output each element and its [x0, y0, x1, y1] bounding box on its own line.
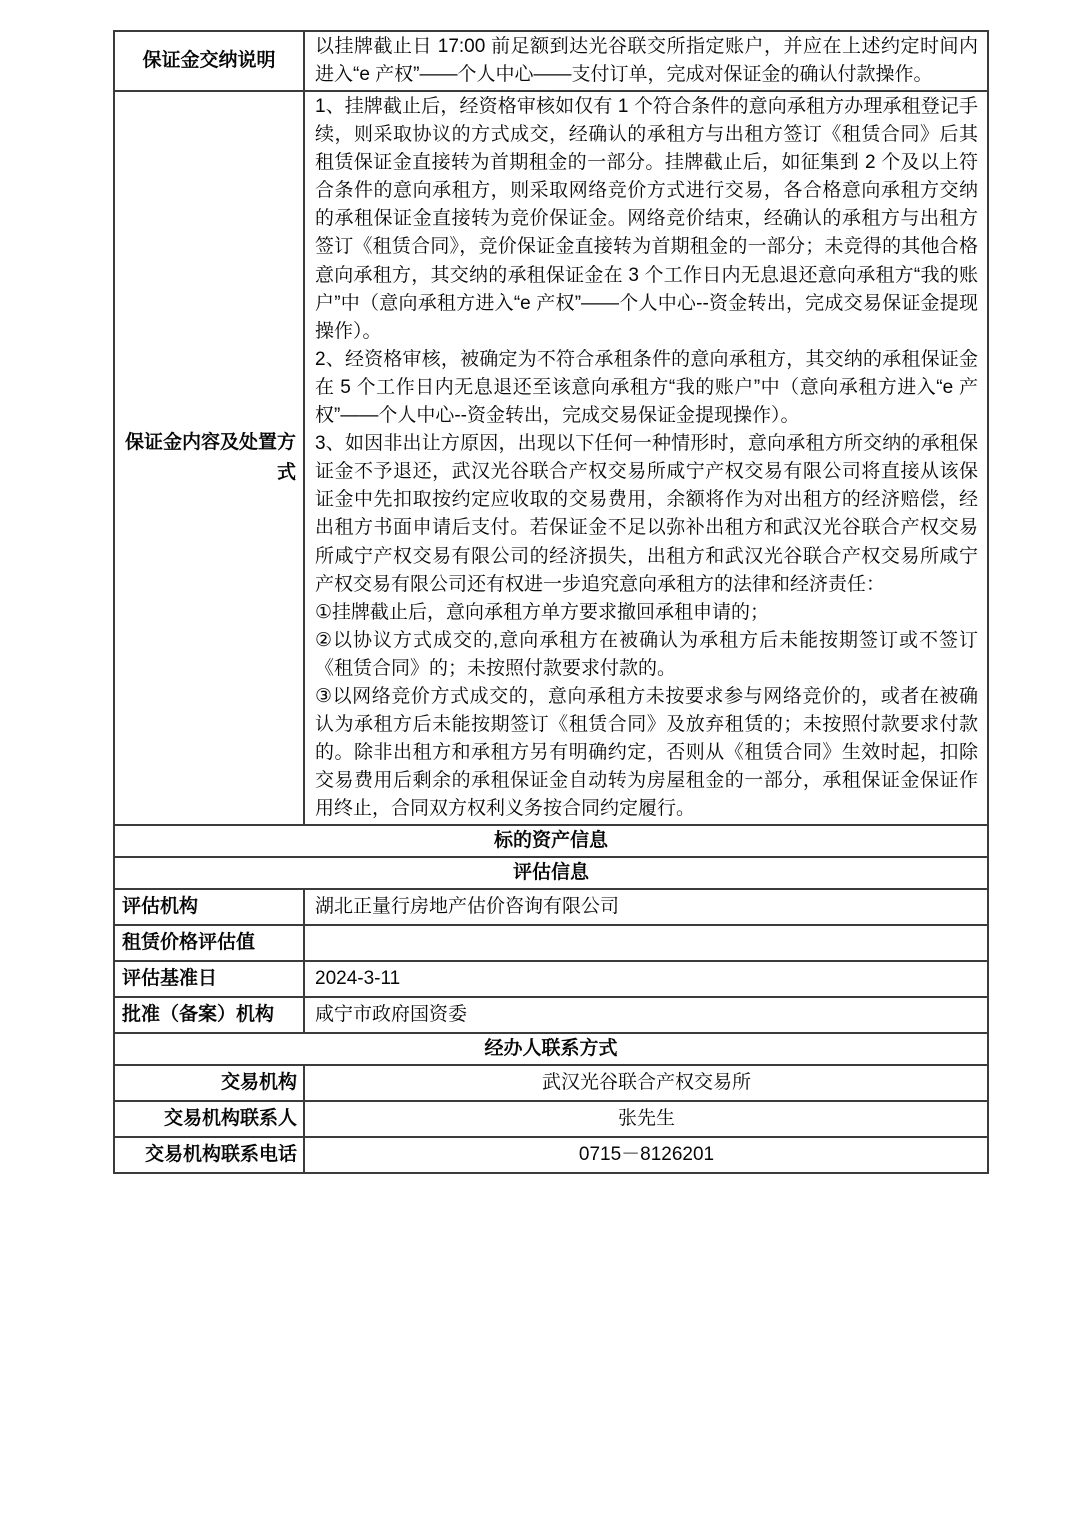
exchange-contact-phone-label: 交易机构联系电话 [114, 1137, 304, 1173]
exchange-contact-person-value: 张先生 [304, 1101, 988, 1137]
table-row: 批准（备案）机构 咸宁市政府国资委 [114, 997, 988, 1033]
rental-price-evaluation-label: 租赁价格评估值 [114, 925, 304, 961]
deposit-terms-value-cell: 1、挂牌截止后，经资格审核如仅有 1 个符合条件的意向承租方办理承租登记手续，则… [304, 91, 988, 825]
asset-info-section-header: 标的资产信息 [114, 825, 988, 857]
exchange-contact-person-label: 交易机构联系人 [114, 1101, 304, 1137]
table-row: 保证金交纳说明 以挂牌截止日 17:00 前足额到达光谷联交所指定账户，并应在上… [114, 31, 988, 91]
terms-paragraph-6: ③以网络竞价方式成交的，意向承租方未按要求参与网络竞价的，或者在被确认为承租方后… [315, 683, 978, 823]
approval-agency-value: 咸宁市政府国资委 [304, 997, 988, 1033]
table-row: 保证金内容及处置方式 1、挂牌截止后，经资格审核如仅有 1 个符合条件的意向承租… [114, 91, 988, 825]
deposit-note-value: 以挂牌截止日 17:00 前足额到达光谷联交所指定账户，并应在上述约定时间内进入… [304, 31, 988, 91]
table-row: 经办人联系方式 [114, 1033, 988, 1065]
table-row: 交易机构联系电话 0715－8126201 [114, 1137, 988, 1173]
deposit-note-label: 保证金交纳说明 [114, 31, 304, 91]
terms-paragraph-4: ①挂牌截止后，意向承租方单方要求撤回承租申请的； [315, 599, 978, 627]
table-row: 评估基准日 2024-3-11 [114, 961, 988, 997]
evaluation-base-date-value: 2024-3-11 [304, 961, 988, 997]
table-row: 交易机构联系人 张先生 [114, 1101, 988, 1137]
approval-agency-label: 批准（备案）机构 [114, 997, 304, 1033]
evaluation-agency-label: 评估机构 [114, 889, 304, 925]
terms-paragraph-5: ②以协议方式成交的,意向承租方在被确认为承租方后未能按期签订或不签订《租赁合同》… [315, 627, 978, 683]
table-row: 交易机构 武汉光谷联合产权交易所 [114, 1065, 988, 1101]
evaluation-section-header: 评估信息 [114, 857, 988, 889]
table-row: 评估机构 湖北正量行房地产估价咨询有限公司 [114, 889, 988, 925]
table-row: 租赁价格评估值 [114, 925, 988, 961]
exchange-contact-phone-value: 0715－8126201 [304, 1137, 988, 1173]
exchange-agency-value: 武汉光谷联合产权交易所 [304, 1065, 988, 1101]
listing-info-table: 保证金交纳说明 以挂牌截止日 17:00 前足额到达光谷联交所指定账户，并应在上… [113, 30, 989, 1174]
exchange-agency-label: 交易机构 [114, 1065, 304, 1101]
terms-paragraph-1: 1、挂牌截止后，经资格审核如仅有 1 个符合条件的意向承租方办理承租登记手续，则… [315, 93, 978, 346]
terms-paragraph-3: 3、如因非出让方原因，出现以下任何一种情形时，意向承租方所交纳的承租保证金不予退… [315, 430, 978, 599]
rental-price-evaluation-value [304, 925, 988, 961]
document-page: 保证金交纳说明 以挂牌截止日 17:00 前足额到达光谷联交所指定账户，并应在上… [0, 0, 1074, 1520]
terms-paragraph-2: 2、经资格审核，被确定为不符合承租条件的意向承租方，其交纳的承租保证金在 5 个… [315, 346, 978, 430]
evaluation-agency-value: 湖北正量行房地产估价咨询有限公司 [304, 889, 988, 925]
table-row: 标的资产信息 [114, 825, 988, 857]
table-row: 评估信息 [114, 857, 988, 889]
evaluation-base-date-label: 评估基准日 [114, 961, 304, 997]
deposit-terms-label: 保证金内容及处置方式 [122, 428, 296, 488]
contact-section-header: 经办人联系方式 [114, 1033, 988, 1065]
deposit-terms-label-cell: 保证金内容及处置方式 [114, 91, 304, 825]
